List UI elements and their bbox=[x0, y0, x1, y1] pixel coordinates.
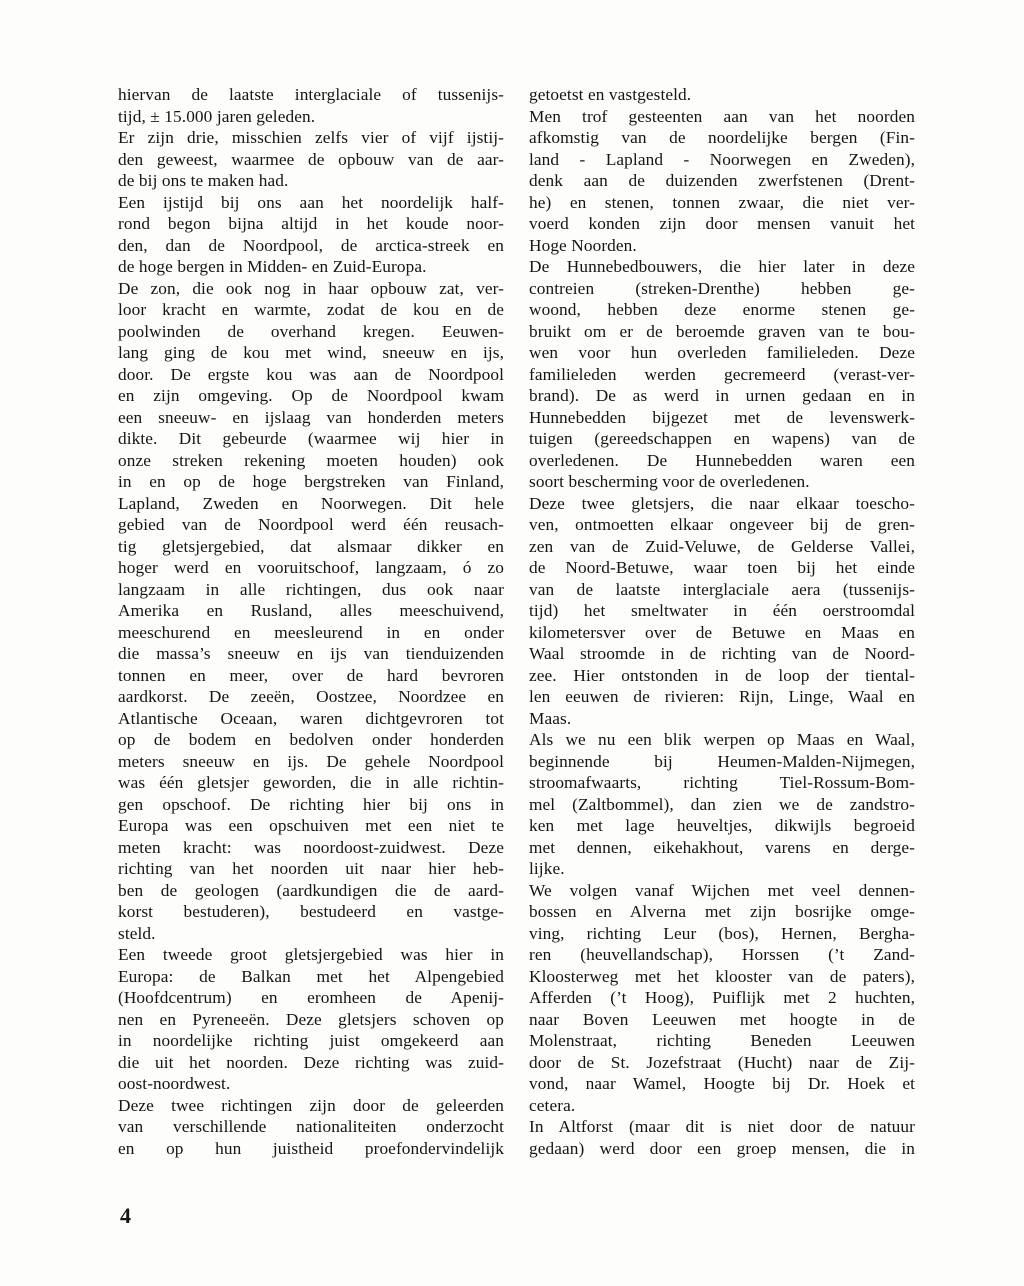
text-line: wen voor hun overleden familieleden. Dez… bbox=[529, 342, 915, 364]
text-line: Deze twee gletsjers, die naar elkaar toe… bbox=[529, 493, 915, 515]
text-line: Atlantische Oceaan, waren dichtgevroren … bbox=[118, 708, 504, 730]
text-line: tig gletsjergebied, dat alsmaar dikker e… bbox=[118, 536, 504, 558]
text-line: voerd konden zijn door mensen vanuit het bbox=[529, 213, 915, 235]
text-line: nen en Pyreneeën. Deze gletsjers schoven… bbox=[118, 1009, 504, 1031]
text-line: cetera. bbox=[529, 1095, 915, 1117]
text-line: tuigen (gereedschappen en wapens) van de bbox=[529, 428, 915, 450]
text-line: Men trof gesteenten aan van het noorden bbox=[529, 106, 915, 128]
text-line: ven, ontmoetten elkaar ongeveer bij de g… bbox=[529, 514, 915, 536]
text-line: gen opschoof. De richting hier bij ons i… bbox=[118, 794, 504, 816]
text-line: woond, hebben deze enorme stenen ge- bbox=[529, 299, 915, 321]
text-line: vond, naar Wamel, Hoogte bij Dr. Hoek et bbox=[529, 1073, 915, 1095]
text-line: Hunnebedden bijgezet met de levenswerk- bbox=[529, 407, 915, 429]
text-line: richting van het noorden uit naar hier h… bbox=[118, 858, 504, 880]
text-line: Molenstraat, richting Beneden Leeuwen bbox=[529, 1030, 915, 1052]
text-line: in noordelijke richting juist omgekeerd … bbox=[118, 1030, 504, 1052]
text-line: kilometersver over de Betuwe en Maas en bbox=[529, 622, 915, 644]
text-line: zen van de Zuid-Veluwe, de Gelderse Vall… bbox=[529, 536, 915, 558]
text-line: getoetst en vastgesteld. bbox=[529, 84, 915, 106]
text-line: mel (Zaltbommel), dan zien we de zandstr… bbox=[529, 794, 915, 816]
text-line: meeschurend en meesleurend in en onder bbox=[118, 622, 504, 644]
text-line: brand). De as werd in urnen gedaan en in bbox=[529, 385, 915, 407]
text-line: die uit het noorden. Deze richting was z… bbox=[118, 1052, 504, 1074]
text-line: steld. bbox=[118, 923, 504, 945]
text-line: Lapland, Zweden en Noorwegen. Dit hele bbox=[118, 493, 504, 515]
text-line: rond begon bijna altijd in het koude noo… bbox=[118, 213, 504, 235]
text-line: Afferden (’t Hoog), Puiflijk met 2 hucht… bbox=[529, 987, 915, 1009]
text-line: tijd, ± 15.000 jaren geleden. bbox=[118, 106, 504, 128]
text-line: beginnende bij Heumen-Malden-Nijmegen, bbox=[529, 751, 915, 773]
text-line: van de laatste interglaciale aera (tusse… bbox=[529, 579, 915, 601]
text-line: afkomstig van de noordelijke bergen (Fin… bbox=[529, 127, 915, 149]
text-line: hiervan de laatste interglaciale of tuss… bbox=[118, 84, 504, 106]
text-line: loor kracht en warmte, zodat de kou en d… bbox=[118, 299, 504, 321]
text-line: hoger werd en vooruitschoof, langzaam, ó… bbox=[118, 557, 504, 579]
text-line: korst bestuderen), bestudeerd en vastge- bbox=[118, 901, 504, 923]
text-line: en zijn omgeving. Op de Noordpool kwam bbox=[118, 385, 504, 407]
text-line: en op hun juistheid proefondervindelijk bbox=[118, 1138, 504, 1160]
text-line: soort bescherming voor de overledenen. bbox=[529, 471, 915, 493]
text-line: (Hoofdcentrum) en eromheen de Apenij- bbox=[118, 987, 504, 1009]
text-line: De zon, die ook nog in haar opbouw zat, … bbox=[118, 278, 504, 300]
scanned-book-page: hiervan de laatste interglaciale of tuss… bbox=[0, 0, 1024, 1286]
text-column-left: hiervan de laatste interglaciale of tuss… bbox=[118, 84, 504, 1159]
text-line: Een ijstijd bij ons aan het noordelijk h… bbox=[118, 192, 504, 214]
text-line: overledenen. De Hunnebedden waren een bbox=[529, 450, 915, 472]
text-line: Deze twee richtingen zijn door de geleer… bbox=[118, 1095, 504, 1117]
text-line: Als we nu een blik werpen op Maas en Waa… bbox=[529, 729, 915, 751]
text-line: den, dan de Noordpool, de arctica-streek… bbox=[118, 235, 504, 257]
page-number: 4 bbox=[120, 1205, 131, 1227]
text-line: Kloosterweg met het klooster van de pate… bbox=[529, 966, 915, 988]
text-line: denk aan de duizenden zwerfstenen (Drent… bbox=[529, 170, 915, 192]
text-line: ken met lage heuveltjes, dikwijls begroe… bbox=[529, 815, 915, 837]
text-line: stroomafwaarts, richting Tiel-Rossum-Bom… bbox=[529, 772, 915, 794]
text-line: contreien (streken-Drenthe) hebben ge- bbox=[529, 278, 915, 300]
text-line: den geweest, waarmee de opbouw van de aa… bbox=[118, 149, 504, 171]
text-line: de hoge bergen in Midden- en Zuid-Europa… bbox=[118, 256, 504, 278]
text-line: de Noord-Betuwe, waar toen bij het einde bbox=[529, 557, 915, 579]
text-line: van verschillende nationaliteiten onderz… bbox=[118, 1116, 504, 1138]
text-line: oost-noordwest. bbox=[118, 1073, 504, 1095]
text-line: op de bodem en bedolven onder honderden bbox=[118, 729, 504, 751]
text-line: meters sneeuw en ijs. De gehele Noordpoo… bbox=[118, 751, 504, 773]
text-line: bruikt om er de beroemde graven van te b… bbox=[529, 321, 915, 343]
text-line: de bij ons te maken had. bbox=[118, 170, 504, 192]
text-line: he) en stenen, tonnen zwaar, die niet ve… bbox=[529, 192, 915, 214]
text-line: Waal stroomde in de richting van de Noor… bbox=[529, 643, 915, 665]
text-line: gebied van de Noordpool werd één reusach… bbox=[118, 514, 504, 536]
text-line: door de St. Jozefstraat (Hucht) naar de … bbox=[529, 1052, 915, 1074]
text-columns: hiervan de laatste interglaciale of tuss… bbox=[118, 84, 915, 1159]
text-line: tonnen en meer, over de hard bevroren bbox=[118, 665, 504, 687]
text-line: Europa: de Balkan met het Alpengebied bbox=[118, 966, 504, 988]
text-line: aardkorst. De zeeën, Oostzee, Noordzee e… bbox=[118, 686, 504, 708]
text-line: bossen en Alverna met zijn bosrijke omge… bbox=[529, 901, 915, 923]
text-line: dikte. Dit gebeurde (waarmee wij hier in bbox=[118, 428, 504, 450]
text-line: langzaam in alle richtingen, dus ook naa… bbox=[118, 579, 504, 601]
text-line: in en op de hoge bergstreken van Finland… bbox=[118, 471, 504, 493]
text-line: gedaan) werd door een groep mensen, die … bbox=[529, 1138, 915, 1160]
text-line: lang ging de kou met wind, sneeuw en ijs… bbox=[118, 342, 504, 364]
text-line: In Altforst (maar dit is niet door de na… bbox=[529, 1116, 915, 1138]
text-line: Maas. bbox=[529, 708, 915, 730]
text-column-right: getoetst en vastgesteld.Men trof gesteen… bbox=[529, 84, 915, 1159]
text-line: door. De ergste kou was aan de Noordpool bbox=[118, 364, 504, 386]
text-line: ben de geologen (aardkundigen die de aar… bbox=[118, 880, 504, 902]
text-line: Amerika en Rusland, alles meeschuivend, bbox=[118, 600, 504, 622]
text-line: een sneeuw- en ijslaag van honderden met… bbox=[118, 407, 504, 429]
text-line: naar Boven Leeuwen met hoogte in de bbox=[529, 1009, 915, 1031]
text-line: ren (heuvellandschap), Horssen (’t Zand- bbox=[529, 944, 915, 966]
text-line: met dennen, eikehakhout, varens en derge… bbox=[529, 837, 915, 859]
text-line: De Hunnebedbouwers, die hier later in de… bbox=[529, 256, 915, 278]
text-line: was één gletsjer geworden, die in alle r… bbox=[118, 772, 504, 794]
text-line: onze streken rekening moeten houden) ook bbox=[118, 450, 504, 472]
text-line: die massa’s sneeuw en ijs van tienduizen… bbox=[118, 643, 504, 665]
text-line: lijke. bbox=[529, 858, 915, 880]
text-line: land - Lapland - Noorwegen en Zweden), bbox=[529, 149, 915, 171]
text-line: Een tweede groot gletsjergebied was hier… bbox=[118, 944, 504, 966]
text-line: zee. Hier ontstonden in de loop der tien… bbox=[529, 665, 915, 687]
text-line: meten kracht: was noordoost-zuidwest. De… bbox=[118, 837, 504, 859]
text-line: tijd) het smeltwater in één oerstroomdal bbox=[529, 600, 915, 622]
text-line: Hoge Noorden. bbox=[529, 235, 915, 257]
text-line: familieleden werden gecremeerd (verast-v… bbox=[529, 364, 915, 386]
text-line: Europa was een opschuiven met een niet t… bbox=[118, 815, 504, 837]
text-line: ving, richting Leur (bos), Hernen, Bergh… bbox=[529, 923, 915, 945]
text-line: We volgen vanaf Wijchen met veel dennen- bbox=[529, 880, 915, 902]
text-line: poolwinden de overhand kregen. Eeuwen- bbox=[118, 321, 504, 343]
text-line: len eeuwen de rivieren: Rijn, Linge, Waa… bbox=[529, 686, 915, 708]
text-line: Er zijn drie, misschien zelfs vier of vi… bbox=[118, 127, 504, 149]
